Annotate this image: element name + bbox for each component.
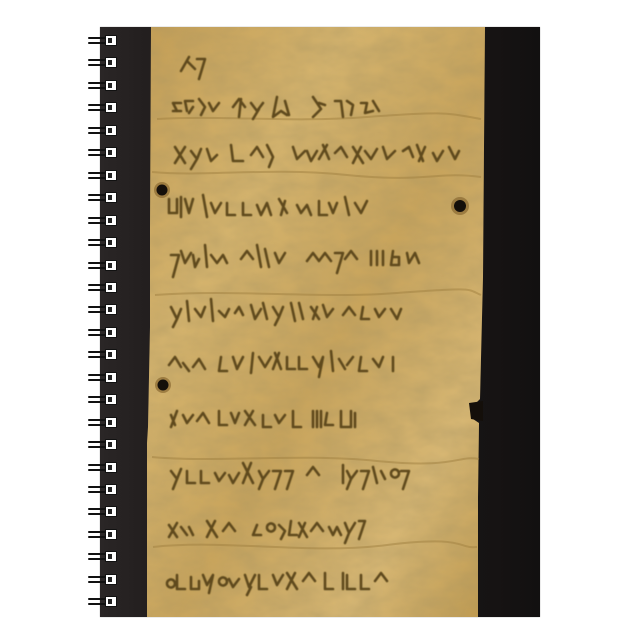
spiral-coil [86,56,120,70]
spiral-coil [86,79,120,93]
spiral-coil [86,416,120,430]
spiral-coil [86,550,120,564]
spiral-coil [86,326,120,340]
spiral-coil [86,348,120,362]
spiral-coil [86,169,120,183]
spiral-coil [86,146,120,160]
spiral-coil [86,461,120,475]
spiral-coil [86,393,120,407]
spiral-coil [86,483,120,497]
gold-tablet [147,27,485,617]
gold-tablet-artwork [147,27,485,617]
spiral-coil [86,124,120,138]
spiral-binding [86,27,120,617]
spiral-coil [86,214,120,228]
spiral-coil [86,101,120,115]
spiral-coil [86,34,120,48]
spiral-coil [86,303,120,317]
spiral-coil [86,191,120,205]
spiral-coil [86,281,120,295]
spiral-coil [86,505,120,519]
spiral-coil [86,259,120,273]
spiral-coil [86,236,120,250]
spiral-coil [86,438,120,452]
spiral-coil [86,573,120,587]
spiral-coil [86,595,120,609]
spiral-coil [86,528,120,542]
spiral-coil [86,371,120,385]
